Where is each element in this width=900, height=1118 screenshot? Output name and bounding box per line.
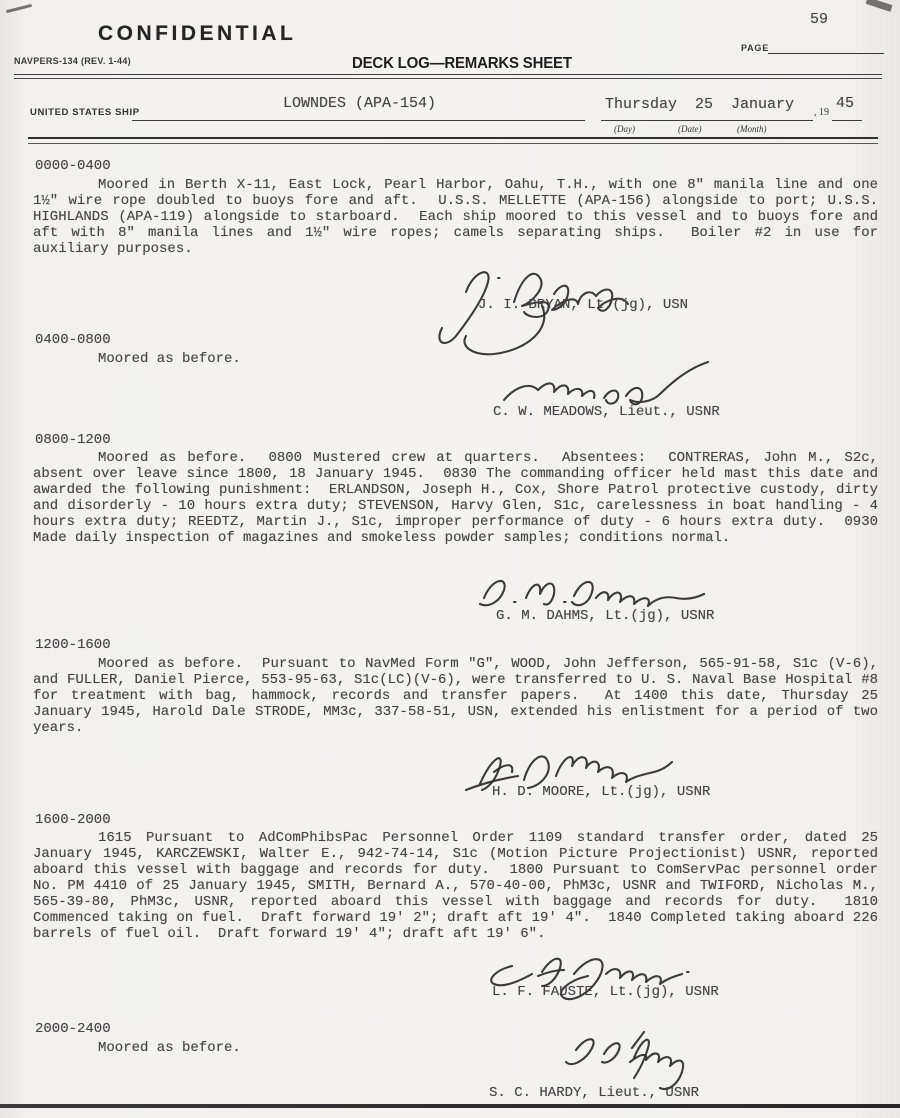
day-label: (Day) xyxy=(614,124,635,134)
confidential-stamp: CONFIDENTIAL xyxy=(98,22,296,46)
ship-label: UNITED STATES SHIP xyxy=(30,107,140,118)
entry-time-1200-1600: 1200-1600 xyxy=(35,637,111,653)
entry-text-1200-1600: Moored as before. Pursuant to NavMed For… xyxy=(33,656,878,736)
signature-typed-meadows: C. W. MEADOWS, Lieut., USNR xyxy=(493,404,720,420)
signature-typed-moore: H. D. MOORE, Lt.(jg), USNR xyxy=(492,784,710,800)
header-rule xyxy=(14,74,882,79)
year-prefix: , 19 xyxy=(814,107,829,118)
entry-text-2000-2400: Moored as before. xyxy=(33,1040,878,1056)
entry-time-0800-1200: 0800-1200 xyxy=(35,432,111,448)
ship-name-line xyxy=(132,119,585,121)
signature-script-dahms xyxy=(468,568,708,610)
signature-typed-bryan: J. I. BRYAN, Lt.(jg), USN xyxy=(478,297,688,313)
year-value: 45 xyxy=(836,96,854,112)
entry-text-1600-2000: 1615 Pursuant to AdComPhibsPac Personnel… xyxy=(33,830,878,942)
year-line xyxy=(832,119,862,121)
entry-time-2000-2400: 2000-2400 xyxy=(35,1021,111,1037)
signature-typed-hardy: S. C. HARDY, Lieut., USNR xyxy=(489,1085,699,1101)
deck-log-page: CONFIDENTIAL 59 PAGE NAVPERS-134 (REV. 1… xyxy=(0,0,900,1118)
bottom-rule xyxy=(0,1104,900,1108)
entry-time-1600-2000: 1600-2000 xyxy=(35,812,111,828)
scan-artifact xyxy=(866,0,893,12)
entry-time-0000-0400: 0000-0400 xyxy=(35,158,111,174)
date-line xyxy=(601,119,813,121)
page-number: 59 xyxy=(810,12,828,28)
signature-script-meadows xyxy=(498,360,728,408)
ship-name: LOWNDES (APA-154) xyxy=(283,96,436,112)
entry-text-0400-0800: Moored as before. xyxy=(33,351,878,367)
signature-typed-fauste: L. F. FAUSTE, Lt.(jg), USNR xyxy=(492,984,719,1000)
date-value: Thursday 25 January xyxy=(605,97,794,113)
page-number-line xyxy=(768,52,884,54)
entry-time-0400-0800: 0400-0800 xyxy=(35,332,111,348)
signature-typed-dahms: G. M. DAHMS, Lt.(jg), USNR xyxy=(496,608,714,624)
scan-artifact xyxy=(6,4,32,13)
date-label: (Date) xyxy=(678,124,702,134)
section-rule xyxy=(28,137,878,144)
month-label: (Month) xyxy=(737,124,767,134)
page-label: PAGE xyxy=(741,43,769,53)
entry-text-0000-0400: Moored in Berth X-11, East Lock, Pearl H… xyxy=(33,177,878,257)
entry-text-0800-1200: Moored as before. 0800 Mustered crew at … xyxy=(33,450,878,546)
form-number: NAVPERS-134 (REV. 1-44) xyxy=(14,56,131,66)
sheet-title: DECK LOG—REMARKS SHEET xyxy=(352,55,572,73)
